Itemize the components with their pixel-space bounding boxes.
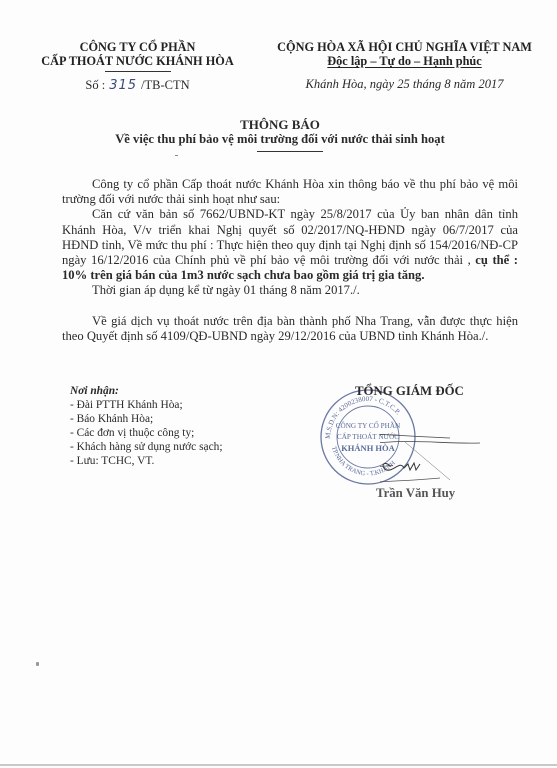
- paragraph-effective-date: Thời gian áp dụng kể từ ngày 01 tháng 8 …: [62, 283, 518, 298]
- signature-icon: [380, 430, 510, 490]
- document-body: Công ty cổ phần Cấp thoát nước Khánh Hòa…: [62, 177, 518, 344]
- doc-number-suffix: /TB-CTN: [141, 78, 190, 92]
- recipient-item: - Các đơn vị thuộc công ty;: [70, 426, 280, 440]
- recipients: Nơi nhận: - Đài PTTH Khánh Hòa; - Báo Kh…: [70, 384, 280, 468]
- recipients-label: Nơi nhận:: [70, 384, 280, 398]
- paragraph-basis: Căn cứ văn bản số 7662/UBND-KT ngày 25/8…: [62, 207, 518, 283]
- doc-number-prefix: Số :: [85, 78, 105, 92]
- document-title: THÔNG BÁO: [40, 117, 520, 133]
- document-subject: Về việc thu phí bảo vệ môi trường đối vớ…: [40, 132, 520, 147]
- org-line-2: CẤP THOÁT NƯỚC KHÁNH HÒA: [20, 54, 255, 68]
- recipient-item: - Đài PTTH Khánh Hòa;: [70, 398, 280, 412]
- scan-speck: [36, 662, 39, 666]
- place-date: Khánh Hòa, ngày 25 tháng 8 năm 2017: [262, 77, 547, 92]
- scan-mark: [175, 155, 178, 156]
- issuing-organization: CÔNG TY CỔ PHẦN CẤP THOÁT NƯỚC KHÁNH HÒA: [20, 40, 255, 72]
- signer-name: Trần Văn Huy: [376, 486, 516, 501]
- recipient-item: - Khách hàng sử dụng nước sạch;: [70, 440, 280, 454]
- signer-title: TỔNG GIÁM ĐỐC: [355, 384, 515, 399]
- paragraph-intro: Công ty cổ phần Cấp thoát nước Khánh Hòa…: [62, 177, 518, 207]
- national-motto: Độc lập – Tự do – Hạnh phúc: [262, 54, 547, 68]
- svg-text:CÔNG TY CỔ PHẦN: CÔNG TY CỔ PHẦN: [336, 420, 401, 430]
- recipient-item: - Lưu: TCHC, VT.: [70, 454, 280, 468]
- national-header: CỘNG HÒA XÃ HỘI CHỦ NGHĨA VIỆT NAM Độc l…: [262, 40, 547, 68]
- doc-number-handwritten: 315: [109, 78, 137, 93]
- paragraph-drainage-price: Về giá dịch vụ thoát nước trên địa bàn t…: [62, 314, 518, 344]
- org-divider: [105, 71, 171, 72]
- basis-text: Căn cứ văn bản số 7662/UBND-KT ngày 25/8…: [62, 207, 518, 267]
- recipient-item: - Báo Khánh Hòa;: [70, 412, 280, 426]
- page-edge: [0, 764, 557, 766]
- document-number: Số :315/TB-CTN: [20, 78, 255, 93]
- subject-divider: [257, 151, 323, 152]
- org-line-1: CÔNG TY CỔ PHẦN: [20, 40, 255, 54]
- nation-name: CỘNG HÒA XÃ HỘI CHỦ NGHĨA VIỆT NAM: [262, 40, 547, 54]
